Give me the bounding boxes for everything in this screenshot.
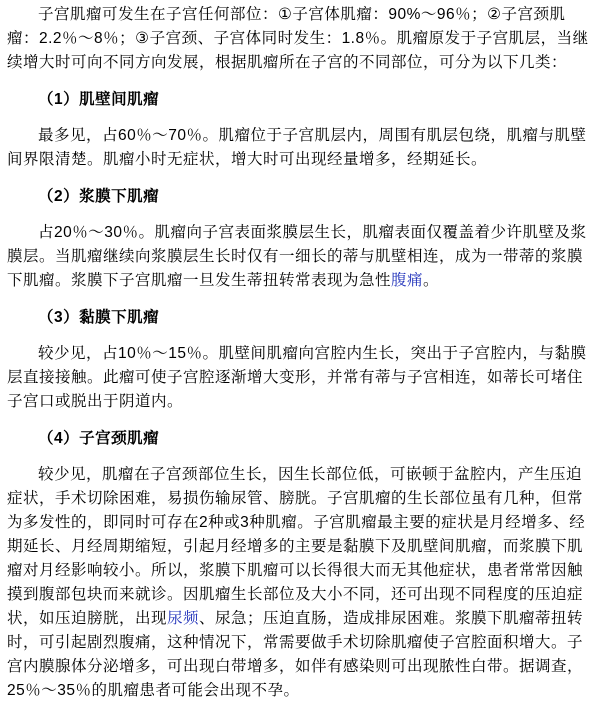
section-paragraph-intramural: 最多见，占60％～70％。肌瘤位于子宫肌层内，周围有肌层包绕，肌瘤与肌壁间界限清…: [7, 124, 589, 172]
section-heading-text: （4）子宫颈肌瘤: [38, 430, 159, 447]
paragraph-text: 。: [423, 272, 439, 289]
section-heading-text: （3）黏膜下肌瘤: [38, 309, 159, 326]
section-heading-cervical: （4）子宫颈肌瘤: [7, 427, 589, 451]
paragraph-text: 较少见，肌瘤在子宫颈部位生长，因生长部位低，可嵌顿于盆腔内，产生压迫症状，手术切…: [7, 466, 585, 627]
section-heading-intramural: （1）肌壁间肌瘤: [7, 88, 589, 112]
section-heading-text: （1）肌壁间肌瘤: [38, 91, 159, 108]
article: 子宫肌瘤可发生在子宫任何部位：①子宫体肌瘤：90%～96％；②子宫颈肌瘤：2.2…: [0, 0, 596, 726]
frequent-urination-link[interactable]: 尿频: [167, 610, 199, 627]
section-paragraph-submucosal: 较少见，占10％～15％。肌壁间肌瘤向宫腔内生长，突出于子宫腔内，与黏膜层直接接…: [7, 342, 589, 414]
section-heading-subserosal: （2）浆膜下肌瘤: [7, 185, 589, 209]
paragraph-text: 占20％～30％。肌瘤向子宫表面浆膜层生长，肌瘤表面仅覆盖着少许肌壁及浆膜层。当…: [7, 224, 586, 289]
intro-paragraph: 子宫肌瘤可发生在子宫任何部位：①子宫体肌瘤：90%～96％；②子宫颈肌瘤：2.2…: [7, 3, 589, 75]
paragraph-text: 较少见，占10％～15％。肌壁间肌瘤向宫腔内生长，突出于子宫腔内，与黏膜层直接接…: [7, 345, 586, 410]
intro-text: 子宫肌瘤可发生在子宫任何部位：①子宫体肌瘤：90%～96％；②子宫颈肌瘤：2.2…: [7, 6, 589, 71]
abdominal-pain-link[interactable]: 腹痛: [391, 272, 423, 289]
section-paragraph-cervical: 较少见，肌瘤在子宫颈部位生长，因生长部位低，可嵌顿于盆腔内，产生压迫症状，手术切…: [7, 463, 589, 703]
section-heading-submucosal: （3）黏膜下肌瘤: [7, 306, 589, 330]
section-paragraph-subserosal: 占20％～30％。肌瘤向子宫表面浆膜层生长，肌瘤表面仅覆盖着少许肌壁及浆膜层。当…: [7, 221, 589, 293]
section-heading-text: （2）浆膜下肌瘤: [38, 188, 159, 205]
paragraph-text: 最多见，占60％～70％。肌瘤位于子宫肌层内，周围有肌层包绕，肌瘤与肌壁间界限清…: [7, 127, 586, 168]
